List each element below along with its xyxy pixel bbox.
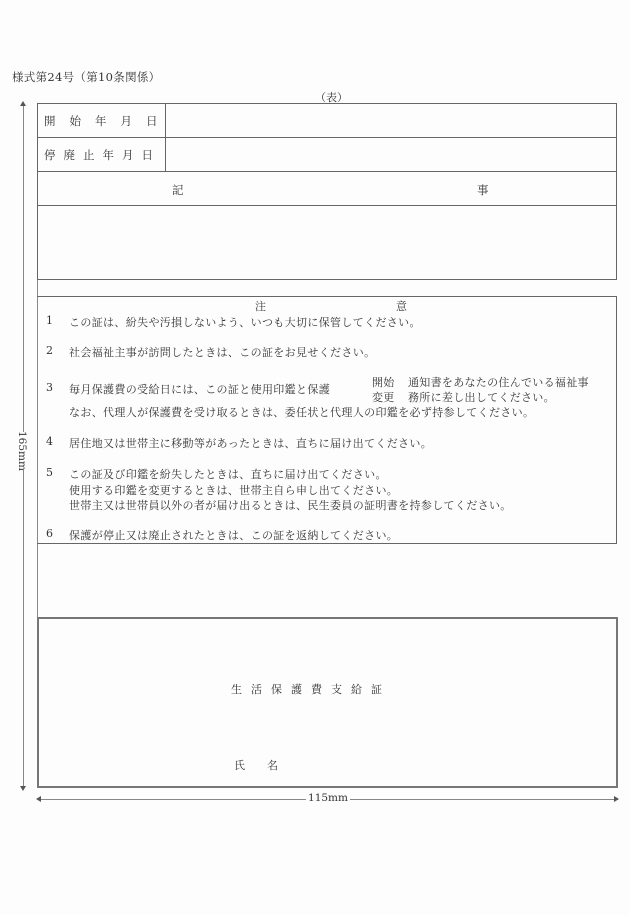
note-text: 通知書をあなたの住んでいる福祉事 (408, 374, 589, 390)
record-header-char: 事 (477, 182, 489, 198)
note-number: 1 (46, 314, 53, 327)
note-number: 6 (46, 527, 53, 540)
notes-title-char: 意 (396, 298, 407, 314)
label-char: 始 (70, 113, 82, 129)
arrow-left-icon (36, 796, 41, 802)
note-text: 毎月保護費の受給日には、この証と使用印鑑と保護 (69, 381, 330, 397)
note-text: 務所に差し出してください。 (408, 389, 555, 405)
note-text: 保護が停止又は廃止されたときは、この証を返納してください。 (69, 527, 398, 543)
note-number: 3 (46, 381, 53, 394)
note-text: 社会福祉主事が訪問したときは、この証をお見せください。 (69, 344, 375, 360)
name-label: 氏名 (234, 757, 278, 773)
label-char: 廃 (64, 147, 76, 163)
label-char: 年 (95, 113, 107, 129)
form-number: 様式第24号（第10条関係） (12, 69, 160, 85)
height-dimension-label: 165mm (10, 432, 34, 470)
end-date-row: 停 廃 止 年 月 日 (37, 138, 617, 172)
note-text: なお、代理人が保護費を受け取るときは、委任状と代理人の印鑑を必ず持参してください… (69, 404, 534, 420)
note-number: 5 (46, 466, 53, 479)
note-number: 2 (46, 344, 53, 357)
record-header-char: 記 (172, 182, 184, 198)
name-label-char: 氏 (234, 759, 245, 772)
end-date-label: 停 廃 止 年 月 日 (38, 138, 166, 171)
label-char: 年 (103, 147, 115, 163)
name-label-char: 名 (267, 759, 278, 772)
note-number: 4 (46, 435, 53, 448)
note-text: 使用する印鑑を変更するときは、世帯主自ら申し出てください。 (69, 482, 398, 498)
notes-title-char: 注 (255, 298, 266, 314)
record-header-row: 記 事 (37, 172, 617, 206)
note-text: この証は、紛失や汚損しないよう、いつも大切に保管してください。 (69, 314, 421, 330)
label-char: 止 (83, 147, 95, 163)
note-text: 居住地又は世帯主に移動等があったときは、直ちに届け出てください。 (69, 435, 432, 451)
end-date-field[interactable] (166, 138, 616, 171)
choice-start: 開始 (372, 374, 395, 390)
start-date-row: 開 始 年 月 日 (37, 103, 617, 138)
width-dimension-label: 115mm (306, 792, 350, 804)
label-char: 開 (44, 113, 56, 129)
arrow-down-icon (20, 786, 26, 791)
label-char: 日 (142, 147, 154, 163)
arrow-right-icon (614, 796, 619, 802)
label-char: 月 (122, 147, 134, 163)
note-text: この証及び印鑑を紛失したときは、直ちに届け出てください。 (69, 466, 387, 482)
choice-change: 変更 (372, 389, 395, 405)
record-field[interactable] (37, 206, 617, 280)
start-date-label: 開 始 年 月 日 (38, 104, 166, 137)
label-char: 月 (121, 113, 133, 129)
label-char: 日 (146, 113, 158, 129)
label-char: 停 (44, 147, 56, 163)
arrow-up-icon (20, 101, 26, 106)
start-date-field[interactable] (166, 104, 616, 137)
note-text: 世帯主又は世帯員以外の者が届け出るときは、民生委員の証明書を持参してください。 (69, 497, 512, 513)
card-title: 生活保護費支給証 (231, 681, 391, 697)
name-field[interactable] (300, 752, 600, 772)
